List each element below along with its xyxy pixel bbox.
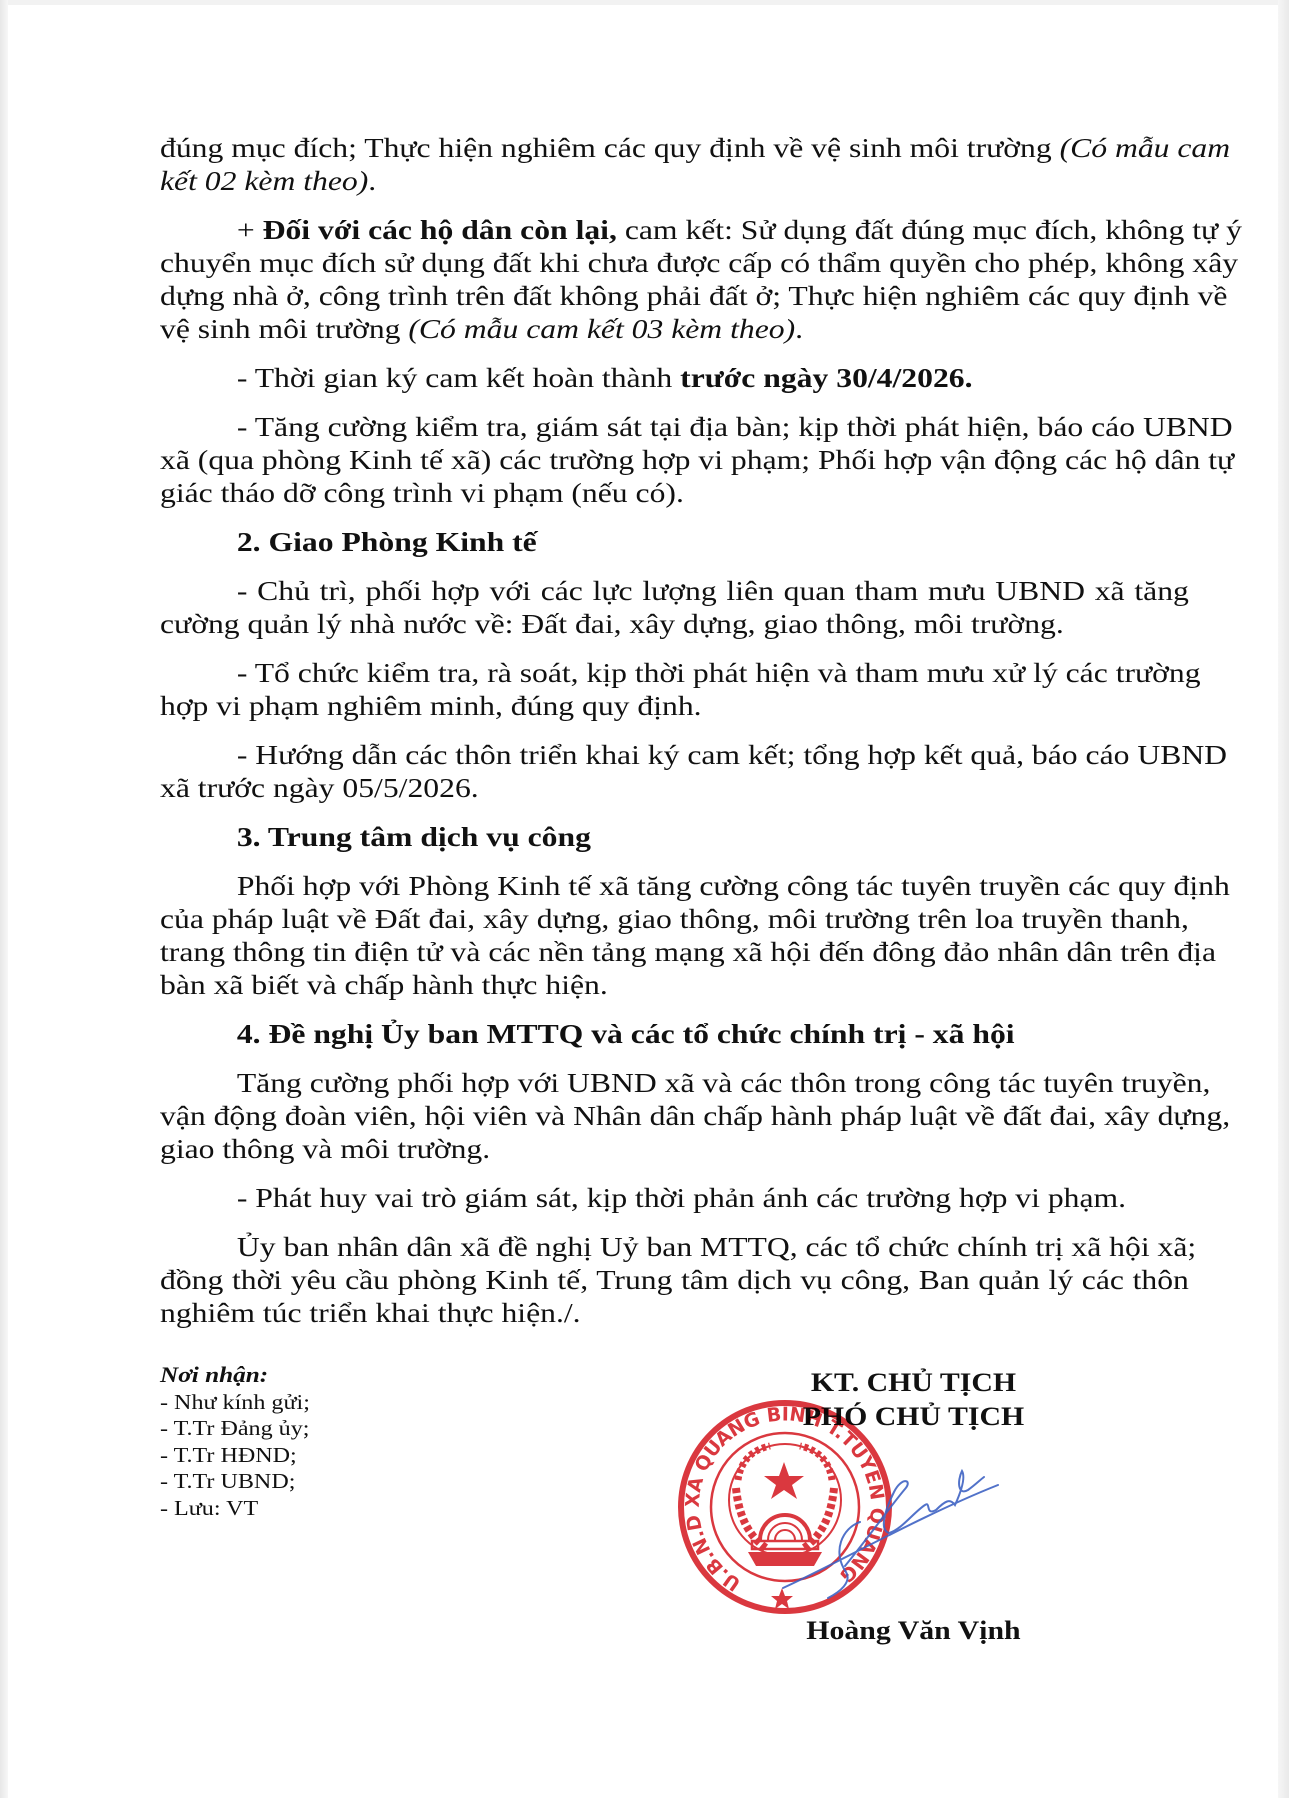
text-run: dựng nhà ở, công trình trên đất không ph…: [160, 280, 1227, 311]
text-run: - Tăng cường kiểm tra, giám sát tại địa …: [237, 411, 1233, 442]
paragraph: - Thời gian ký cam kết hoàn thành trước …: [160, 361, 1189, 394]
document-page: đúng mục đích; Thực hiện nghiêm các quy …: [0, 0, 1289, 1798]
text-line: của pháp luật về Đất đai, xây dựng, giao…: [160, 902, 1189, 935]
text-line: - Phát huy vai trò giám sát, kịp thời ph…: [160, 1181, 1189, 1214]
text-line: đúng mục đích; Thực hiện nghiêm các quy …: [160, 131, 1189, 164]
text-run: nghiêm túc triển khai thực hiện./.: [160, 1297, 581, 1328]
text-line: Ủy ban nhân dân xã đề nghị Uỷ ban MTTQ, …: [160, 1230, 1189, 1263]
text-run: .: [368, 165, 376, 196]
text-line: 4. Đề nghị Ủy ban MTTQ và các tổ chức ch…: [160, 1017, 1189, 1050]
national-emblem-icon: [729, 1444, 841, 1566]
recipients-block: Nơi nhận: - Như kính gửi; - T.Tr Đảng ủy…: [160, 1362, 527, 1521]
text-run: xã trước ngày 05/5/2026.: [160, 772, 479, 803]
text-line: + Đối với các hộ dân còn lại, cam kết: S…: [160, 213, 1189, 246]
text-run: 2. Giao Phòng Kinh tế: [237, 526, 537, 557]
text-run: đồng thời yêu cầu phòng Kinh tế, Trung t…: [160, 1264, 1189, 1295]
text-line: vệ sinh môi trường (Có mẫu cam kết 03 kè…: [160, 312, 1189, 345]
italic-text: (Có mẫu cam: [1060, 132, 1231, 163]
text-line: - Chủ trì, phối hợp với các lực lượng li…: [160, 574, 1189, 607]
text-run: vệ sinh môi trường: [160, 313, 408, 344]
text-run: hợp vi phạm nghiêm minh, đúng quy định.: [160, 690, 702, 721]
text-run: Phối hợp với Phòng Kinh tế xã tăng cường…: [237, 870, 1230, 901]
paragraph: - Hướng dẫn các thôn triển khai ký cam k…: [160, 738, 1189, 804]
recipient-item: - T.Tr HĐND;: [160, 1442, 527, 1469]
handwritten-signature-icon: [783, 1471, 998, 1598]
bold-text: Đối với các hộ dân còn lại,: [263, 214, 617, 245]
text-run: giác tháo dỡ công trình vi phạm (nếu có)…: [160, 477, 684, 508]
page-edge-right: [1278, 0, 1289, 1798]
document-body: đúng mục đích; Thực hiện nghiêm các quy …: [160, 131, 1189, 1329]
text-run: 4. Đề nghị Ủy ban MTTQ và các tổ chức ch…: [237, 1018, 1015, 1049]
text-line: 2. Giao Phòng Kinh tế: [160, 525, 1189, 558]
bold-text: trước ngày 30/4/2026.: [680, 362, 972, 393]
text-line: nghiêm túc triển khai thực hiện./.: [160, 1296, 1189, 1329]
text-line: cường quản lý nhà nước về: Đất đai, xây …: [160, 607, 1189, 640]
paragraph: Tăng cường phối hợp với UBND xã và các t…: [160, 1066, 1189, 1165]
italic-text: kết 02 kèm theo): [160, 165, 368, 196]
text-line: Tăng cường phối hợp với UBND xã và các t…: [160, 1066, 1189, 1099]
text-run: cam kết: Sử dụng đất đúng mục đích, khôn…: [617, 214, 1242, 245]
text-line: chuyển mục đích sử dụng đất khi chưa đượ…: [160, 246, 1189, 279]
paragraph: đúng mục đích; Thực hiện nghiêm các quy …: [160, 131, 1189, 197]
text-run: - Phát huy vai trò giám sát, kịp thời ph…: [237, 1182, 1126, 1213]
recipient-item: - Như kính gửi;: [160, 1389, 527, 1416]
stamp-bottom-star-icon: [771, 1588, 793, 1609]
signer-name: Hoàng Văn Vịnh: [707, 1614, 1120, 1648]
text-run: trang thông tin điện tử và các nền tảng …: [160, 936, 1216, 967]
text-line: bàn xã biết và chấp hành thực hiện.: [160, 968, 1189, 1001]
text-line: đồng thời yêu cầu phòng Kinh tế, Trung t…: [160, 1263, 1189, 1296]
text-run: giao thông và môi trường.: [160, 1133, 490, 1164]
recipient-item: - T.Tr UBND;: [160, 1468, 527, 1495]
text-run: cường quản lý nhà nước về: Đất đai, xây …: [160, 608, 1064, 639]
text-line: Phối hợp với Phòng Kinh tế xã tăng cường…: [160, 869, 1189, 902]
paragraph: - Phát huy vai trò giám sát, kịp thời ph…: [160, 1181, 1189, 1214]
text-line: xã (qua phòng Kinh tế xã) các trường hợp…: [160, 443, 1189, 476]
text-run: đúng mục đích; Thực hiện nghiêm các quy …: [160, 132, 1060, 163]
text-line: 3. Trung tâm dịch vụ công: [160, 820, 1189, 853]
signer-on-behalf: KT. CHỦ TỊCH: [707, 1366, 1120, 1400]
text-line: dựng nhà ở, công trình trên đất không ph…: [160, 279, 1189, 312]
text-line: giác tháo dỡ công trình vi phạm (nếu có)…: [160, 476, 1189, 509]
text-run: +: [237, 214, 263, 245]
italic-text: (Có mẫu cam kết 03 kèm theo): [408, 313, 795, 344]
paragraph: - Chủ trì, phối hợp với các lực lượng li…: [160, 574, 1189, 640]
text-run: .: [795, 313, 803, 344]
section-heading: 2. Giao Phòng Kinh tế: [160, 525, 1189, 558]
recipients-title: Nơi nhận:: [160, 1362, 527, 1389]
text-run: - Thời gian ký cam kết hoàn thành: [237, 362, 680, 393]
recipient-item: - T.Tr Đảng ủy;: [160, 1415, 527, 1442]
page-edge-top: [0, 0, 1289, 5]
text-line: - Tổ chức kiểm tra, rà soát, kịp thời ph…: [160, 656, 1189, 689]
paragraph: Ủy ban nhân dân xã đề nghị Uỷ ban MTTQ, …: [160, 1230, 1189, 1329]
text-line: xã trước ngày 05/5/2026.: [160, 771, 1189, 804]
text-run: chuyển mục đích sử dụng đất khi chưa đượ…: [160, 247, 1238, 278]
section-heading: 4. Đề nghị Ủy ban MTTQ và các tổ chức ch…: [160, 1017, 1189, 1050]
text-run: 3. Trung tâm dịch vụ công: [237, 821, 591, 852]
signer-position: PHÓ CHỦ TỊCH: [707, 1400, 1120, 1434]
text-line: giao thông và môi trường.: [160, 1132, 1189, 1165]
page-edge-left: [0, 0, 8, 1798]
text-run: xã (qua phòng Kinh tế xã) các trường hợp…: [160, 444, 1234, 475]
text-line: - Tăng cường kiểm tra, giám sát tại địa …: [160, 410, 1189, 443]
text-run: - Tổ chức kiểm tra, rà soát, kịp thời ph…: [237, 657, 1201, 688]
signer-titles: KT. CHỦ TỊCH PHÓ CHỦ TỊCH: [707, 1366, 1120, 1434]
paragraph: - Tăng cường kiểm tra, giám sát tại địa …: [160, 410, 1189, 509]
text-run: Tăng cường phối hợp với UBND xã và các t…: [237, 1067, 1211, 1098]
text-line: trang thông tin điện tử và các nền tảng …: [160, 935, 1189, 968]
recipient-item: - Lưu: VT: [160, 1495, 527, 1522]
section-heading: 3. Trung tâm dịch vụ công: [160, 820, 1189, 853]
paragraph: - Tổ chức kiểm tra, rà soát, kịp thời ph…: [160, 656, 1189, 722]
text-run: - Chủ trì, phối hợp với các lực lượng li…: [237, 575, 1189, 606]
text-run: vận động đoàn viên, hội viên và Nhân dân…: [160, 1100, 1230, 1131]
paragraph: Phối hợp với Phòng Kinh tế xã tăng cường…: [160, 869, 1189, 1001]
text-line: kết 02 kèm theo).: [160, 164, 1189, 197]
text-line: hợp vi phạm nghiêm minh, đúng quy định.: [160, 689, 1189, 722]
text-line: vận động đoàn viên, hội viên và Nhân dân…: [160, 1099, 1189, 1132]
text-line: - Thời gian ký cam kết hoàn thành trước …: [160, 361, 1189, 394]
text-run: - Hướng dẫn các thôn triển khai ký cam k…: [237, 739, 1227, 770]
text-line: - Hướng dẫn các thôn triển khai ký cam k…: [160, 738, 1189, 771]
text-run: của pháp luật về Đất đai, xây dựng, giao…: [160, 903, 1189, 934]
paragraph: + Đối với các hộ dân còn lại, cam kết: S…: [160, 213, 1189, 345]
text-run: bàn xã biết và chấp hành thực hiện.: [160, 969, 608, 1000]
text-run: Ủy ban nhân dân xã đề nghị Uỷ ban MTTQ, …: [237, 1231, 1196, 1262]
